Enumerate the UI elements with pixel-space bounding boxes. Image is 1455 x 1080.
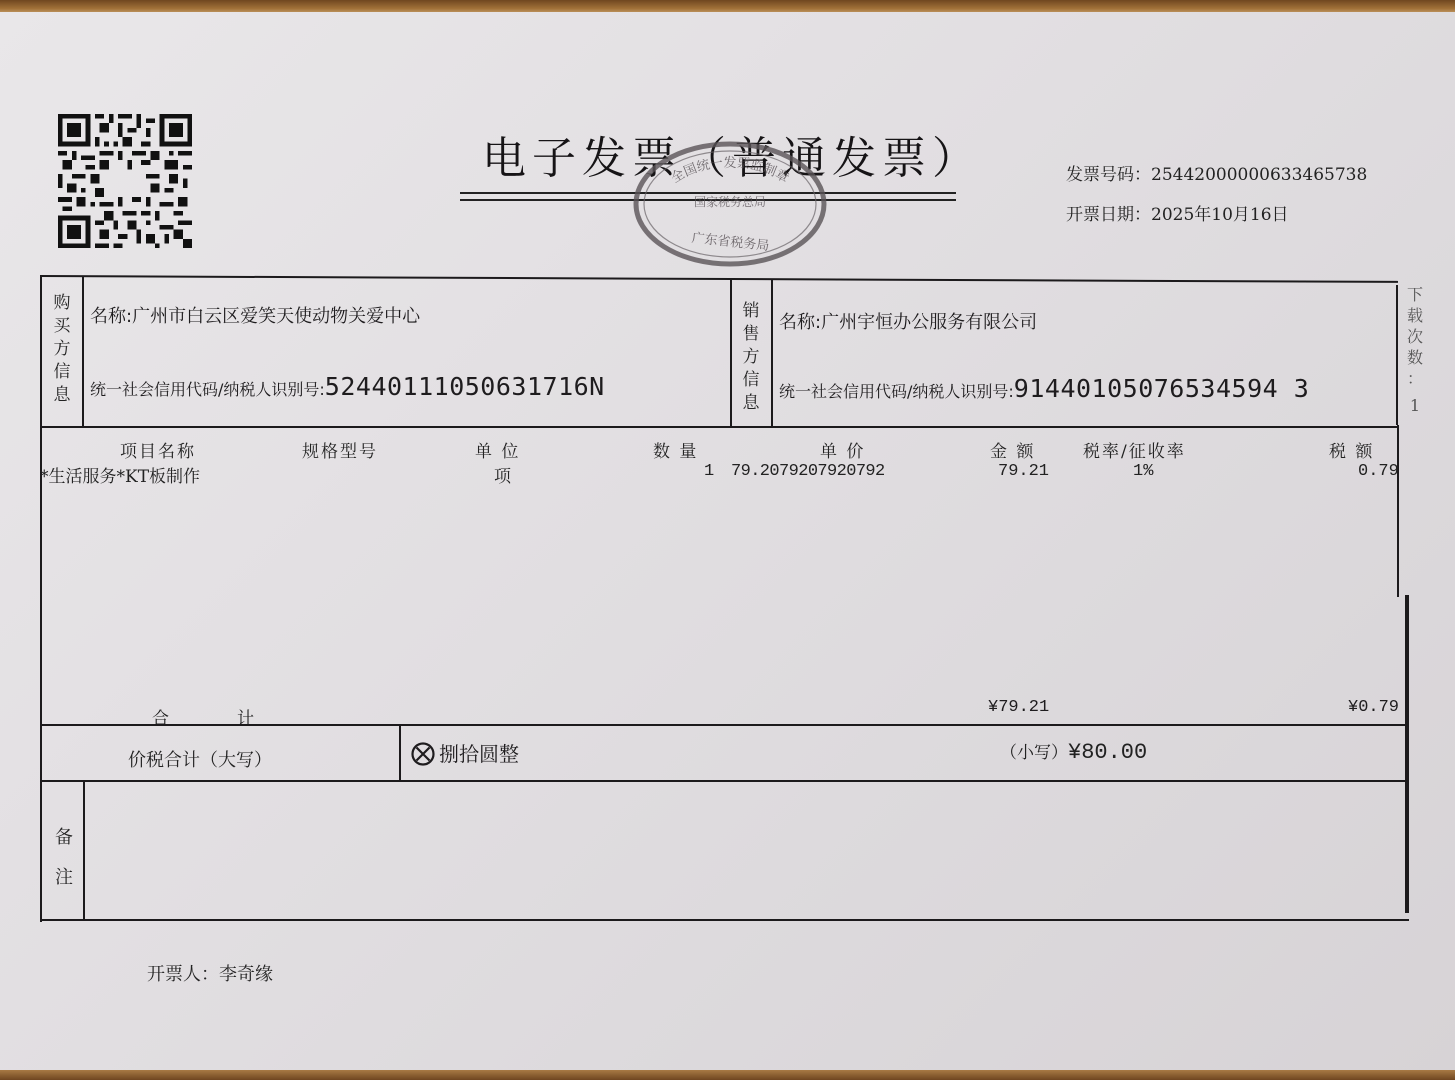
remarks-label-divider (83, 781, 85, 921)
buyer-name-label: 名称: (90, 306, 132, 327)
table-surface-bottom (0, 1070, 1455, 1080)
svg-text:全国统一发票监制章: 全国统一发票监制章 (669, 156, 792, 187)
header-unit-price: 单 价 (820, 437, 865, 462)
total-lowercase-label: （小写） (1000, 743, 1068, 763)
download-count-value: 1 (1404, 395, 1426, 416)
buyer-tax-id-label: 统一社会信用代码/纳税人识别号: (90, 380, 325, 399)
seller-tax-id: 统一社会信用代码/纳税人识别号:91440105076534594 3 (779, 374, 1309, 403)
table-right-border-lower (1405, 595, 1409, 913)
table-right-border (1396, 285, 1398, 425)
official-seal-stamp: 全国统一发票监制章 国家税务总局 广东省税务局 (632, 140, 828, 268)
invoice-number: 发票号码：25442000000633465738 (1066, 160, 1367, 185)
total-lowercase: （小写）¥80.00 (1000, 738, 1147, 765)
header-tax-rate: 税率/征收率 (1083, 437, 1186, 462)
seller-tax-id-value: 91440105076534594 3 (1014, 374, 1309, 403)
total-lowercase-value: ¥80.00 (1068, 740, 1147, 765)
invoice-number-label: 发票号码： (1066, 165, 1151, 185)
subtotal-bottom-border (40, 724, 1408, 726)
cell-tax-rate: 1% (1133, 462, 1153, 481)
total-uppercase-value: 捌拾圆整 (439, 742, 519, 766)
header-item-name: 项目名称 (120, 437, 196, 462)
total-label: 价税合计（大写） (128, 746, 272, 772)
seller-name-label: 名称: (779, 312, 821, 333)
download-count: 下载次数： 1 (1404, 284, 1426, 416)
total-uppercase: 捌拾圆整 (411, 738, 519, 767)
stamp-middle-text: 国家税务总局 (694, 194, 766, 209)
issue-date: 开票日期：2025年10月16日 (1066, 200, 1289, 225)
cell-item-name: *生活服务*KT板制作 (40, 462, 200, 487)
header-amount: 金 额 (990, 437, 1035, 462)
remarks-content (92, 790, 1392, 910)
table-right-border-mid (1397, 425, 1399, 597)
buyer-section-label: 购 买 方 信 息 (48, 292, 76, 407)
header-quantity: 数 量 (653, 437, 698, 462)
table-bottom-border (40, 919, 1409, 921)
subtotal-amount: ¥79.21 (988, 698, 1049, 717)
total-bottom-border (40, 780, 1408, 782)
issuer-label: 开票人： (147, 964, 219, 985)
header-unit: 单 位 (475, 437, 520, 462)
buyer-tax-id: 统一社会信用代码/纳税人识别号:52440111050631716N (90, 372, 605, 401)
seller-label-divider (771, 280, 773, 428)
cell-amount: 79.21 (998, 462, 1049, 481)
cell-unit: 项 (494, 462, 511, 487)
cell-unit-price: 79.2079207920792 (731, 462, 885, 481)
seller-name: 名称:广州宇恒办公服务有限公司 (779, 308, 1037, 334)
cell-quantity: 1 (704, 462, 714, 481)
seller-name-value: 广州宇恒办公服务有限公司 (821, 312, 1037, 333)
table-left-border (40, 276, 42, 922)
circle-x-icon (411, 742, 435, 766)
issuer-name: 李奇缘 (219, 964, 273, 985)
download-count-label: 下载次数： (1404, 284, 1426, 389)
parties-bottom-border (40, 426, 1398, 428)
subtotal-tax: ¥0.79 (1348, 698, 1399, 717)
seller-tax-id-label: 统一社会信用代码/纳税人识别号: (779, 382, 1014, 401)
cell-tax: 0.79 (1358, 462, 1399, 481)
issue-date-label: 开票日期： (1066, 205, 1151, 225)
buyer-name: 名称:广州市白云区爱笑天使动物关爱中心 (90, 302, 420, 328)
invoice-number-value: 25442000000633465738 (1151, 165, 1367, 185)
buyer-label-divider (82, 276, 84, 426)
header-tax: 税 额 (1329, 437, 1374, 462)
issue-date-value: 2025年10月16日 (1151, 205, 1289, 225)
remarks-label: 备 注 (52, 818, 76, 898)
stamp-bottom-text: 广东省税务局 (691, 230, 770, 254)
stamp-top-text: 全国统一发票监制章 (669, 156, 792, 187)
buyer-tax-id-value: 52440111050631716N (325, 372, 605, 401)
total-label-divider (399, 725, 401, 781)
header-spec: 规格型号 (302, 437, 378, 462)
seller-section-label: 销 售 方 信 息 (737, 300, 765, 415)
qr-code-icon (56, 114, 194, 248)
buyer-name-value: 广州市白云区爱笑天使动物关爱中心 (132, 306, 420, 327)
issuer: 开票人：李奇缘 (147, 960, 273, 986)
buyer-seller-divider (730, 278, 732, 428)
